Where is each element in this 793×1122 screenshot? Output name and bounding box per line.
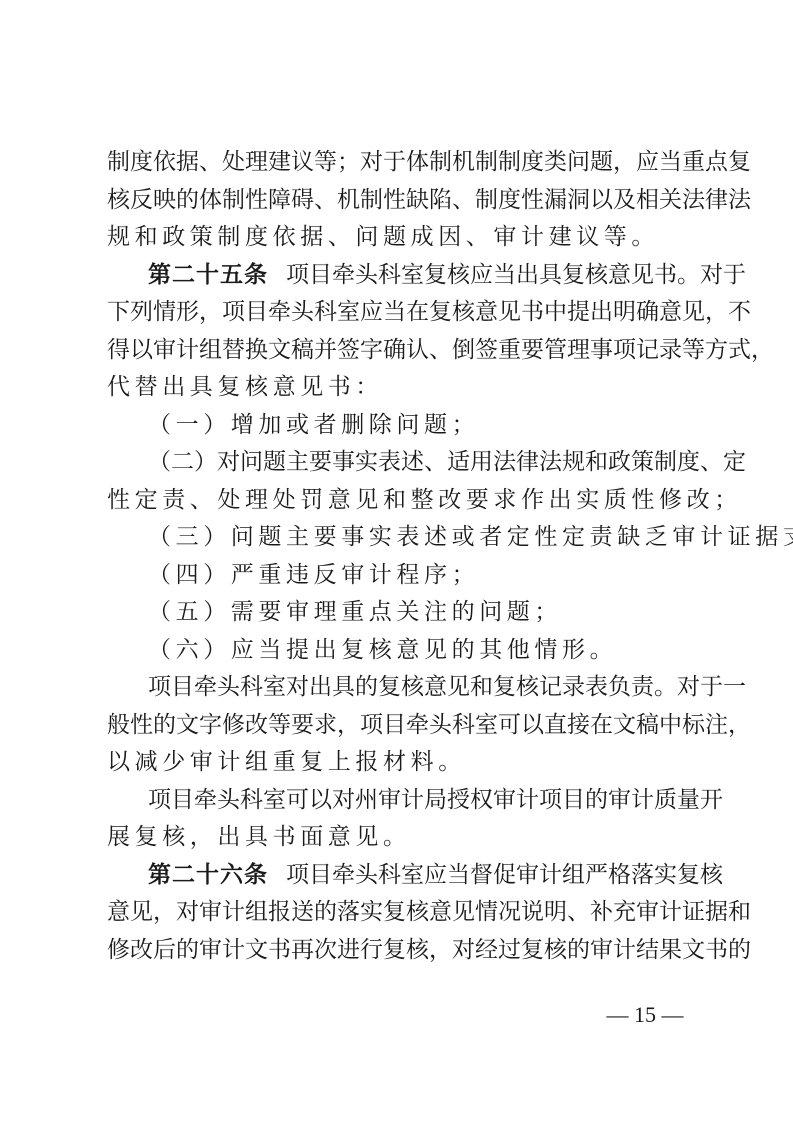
list-item: （六）应当提出复核意见的其他情形。 [148, 635, 692, 665]
article-26-first-line: 第二十六条项目牵头科室应当督促审计组严格落实复核 [148, 860, 692, 890]
article-25-first-line: 第二十五条项目牵头科室复核应当出具复核意见书。对于 [148, 260, 692, 290]
article-26-heading: 第二十六条 [148, 862, 268, 888]
article-25-text: 项目牵头科室复核应当出具复核意见书。对于 [286, 262, 746, 288]
list-item: （五）需要审理重点关注的问题； [148, 597, 692, 627]
text-line: 下列情形，项目牵头科室应当在复核意见书中提出明确意见，不 [107, 297, 692, 327]
text-line: 核反映的体制性障碍、机制性缺陷、制度性漏洞以及相关法律法 [107, 185, 692, 215]
list-item-continuation: 性定责、处理处罚意见和整改要求作出实质性修改； [107, 485, 692, 515]
article-25-heading: 第二十五条 [148, 262, 268, 288]
text-line: 项目牵头科室可以对州审计局授权审计项目的审计质量开 [148, 785, 692, 815]
text-line: 规和政策制度依据、问题成因、审计建议等。 [107, 222, 692, 252]
list-item: （四）严重违反审计程序； [148, 560, 692, 590]
article-26-text: 项目牵头科室应当督促审计组严格落实复核 [286, 862, 723, 888]
text-line: 展复核，出具书面意见。 [107, 822, 692, 852]
document-page: 制度依据、处理建议等；对于体制机制制度类问题，应当重点复 核反映的体制性障碍、机… [0, 0, 793, 1122]
text-line: 意见，对审计组报送的落实复核意见情况说明、补充审计证据和 [107, 897, 692, 927]
text-line: 得以审计组替换文稿并签字确认、倒签重要管理事项记录等方式， [107, 335, 692, 365]
text-line: 项目牵头科室对出具的复核意见和复核记录表负责。对于一 [148, 672, 692, 702]
text-line: 以减少审计组重复上报材料。 [107, 747, 692, 777]
list-item: （二）对问题主要事实表述、适用法律法规和政策制度、定 [148, 447, 692, 477]
list-item: （三）问题主要事实表述或者定性定责缺乏审计证据支持； [148, 522, 692, 552]
text-line: 制度依据、处理建议等；对于体制机制制度类问题，应当重点复 [107, 147, 692, 177]
page-number: — 15 — [590, 1000, 700, 1030]
list-item: （一）增加或者删除问题； [148, 410, 692, 440]
text-line: 代替出具复核意见书： [107, 372, 692, 402]
text-line: 般性的文字修改等要求，项目牵头科室可以直接在文稿中标注， [107, 710, 692, 740]
text-line: 修改后的审计文书再次进行复核，对经过复核的审计结果文书的 [107, 935, 692, 965]
